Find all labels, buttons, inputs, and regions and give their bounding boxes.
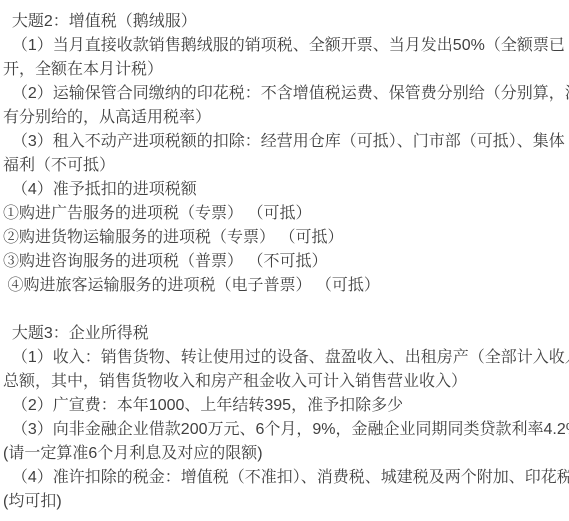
text-line: ④购进旅客运输服务的进项税（电子普票） （可抵） — [3, 274, 569, 298]
text-line: 开，全额在本月计税） — [3, 58, 569, 82]
text-line: 总额，其中，销售货物收入和房产租金收入可计入销售营业收入） — [3, 370, 569, 394]
text-line: ①购进广告服务的进项税（专票） （可抵） — [3, 202, 569, 226]
text-line: （2）运输保管合同缴纳的印花税：不含增值税运费、保管费分别给（分别算，没 — [3, 82, 569, 106]
text-line: (均可扣) — [3, 490, 569, 514]
text-line: (请一定算准6个月利息及对应的限额) — [3, 442, 569, 466]
section-heading: 大题3：企业所得税 — [3, 322, 569, 346]
text-line: （1）当月直接收款销售鹅绒服的销项税、全额开票、当月发出50%（全额票已 — [3, 34, 569, 58]
text-line: （3）租入不动产进项税额的扣除：经营用仓库（可抵）、门市部（可抵）、集体 — [3, 130, 569, 154]
section-heading: 大题2：增值税（鹅绒服） — [3, 10, 569, 34]
text-line: （4）准予抵扣的进项税额 — [3, 178, 569, 202]
text-line: ②购进货物运输服务的进项税（专票） （可抵） — [3, 226, 569, 250]
section-vat: 大题2：增值税（鹅绒服） （1）当月直接收款销售鹅绒服的销项税、全额开票、当月发… — [3, 10, 569, 298]
text-line: ③购进咨询服务的进项税（普票） （不可抵） — [3, 250, 569, 274]
section-corporate-income-tax: 大题3：企业所得税 （1）收入：销售货物、转让使用过的设备、盘盈收入、出租房产（… — [3, 322, 569, 514]
text-line: 福利（不可抵） — [3, 154, 569, 178]
text-line: （1）收入：销售货物、转让使用过的设备、盘盈收入、出租房产（全部计入收入 — [3, 346, 569, 370]
document-body: 大题2：增值税（鹅绒服） （1）当月直接收款销售鹅绒服的销项税、全额开票、当月发… — [0, 0, 569, 514]
text-line: （3）向非金融企业借款200万元、6个月，9%，金融企业同期同类贷款利率4.2% — [3, 418, 569, 442]
text-line: 有分别给的，从高适用税率） — [3, 106, 569, 130]
blank-line — [3, 298, 569, 322]
text-line: （4）准许扣除的税金：增值税（不准扣）、消费税、城建税及两个附加、印花税 — [3, 466, 569, 490]
text-line: （2）广宣费：本年1000、上年结转395，准予扣除多少 — [3, 394, 569, 418]
